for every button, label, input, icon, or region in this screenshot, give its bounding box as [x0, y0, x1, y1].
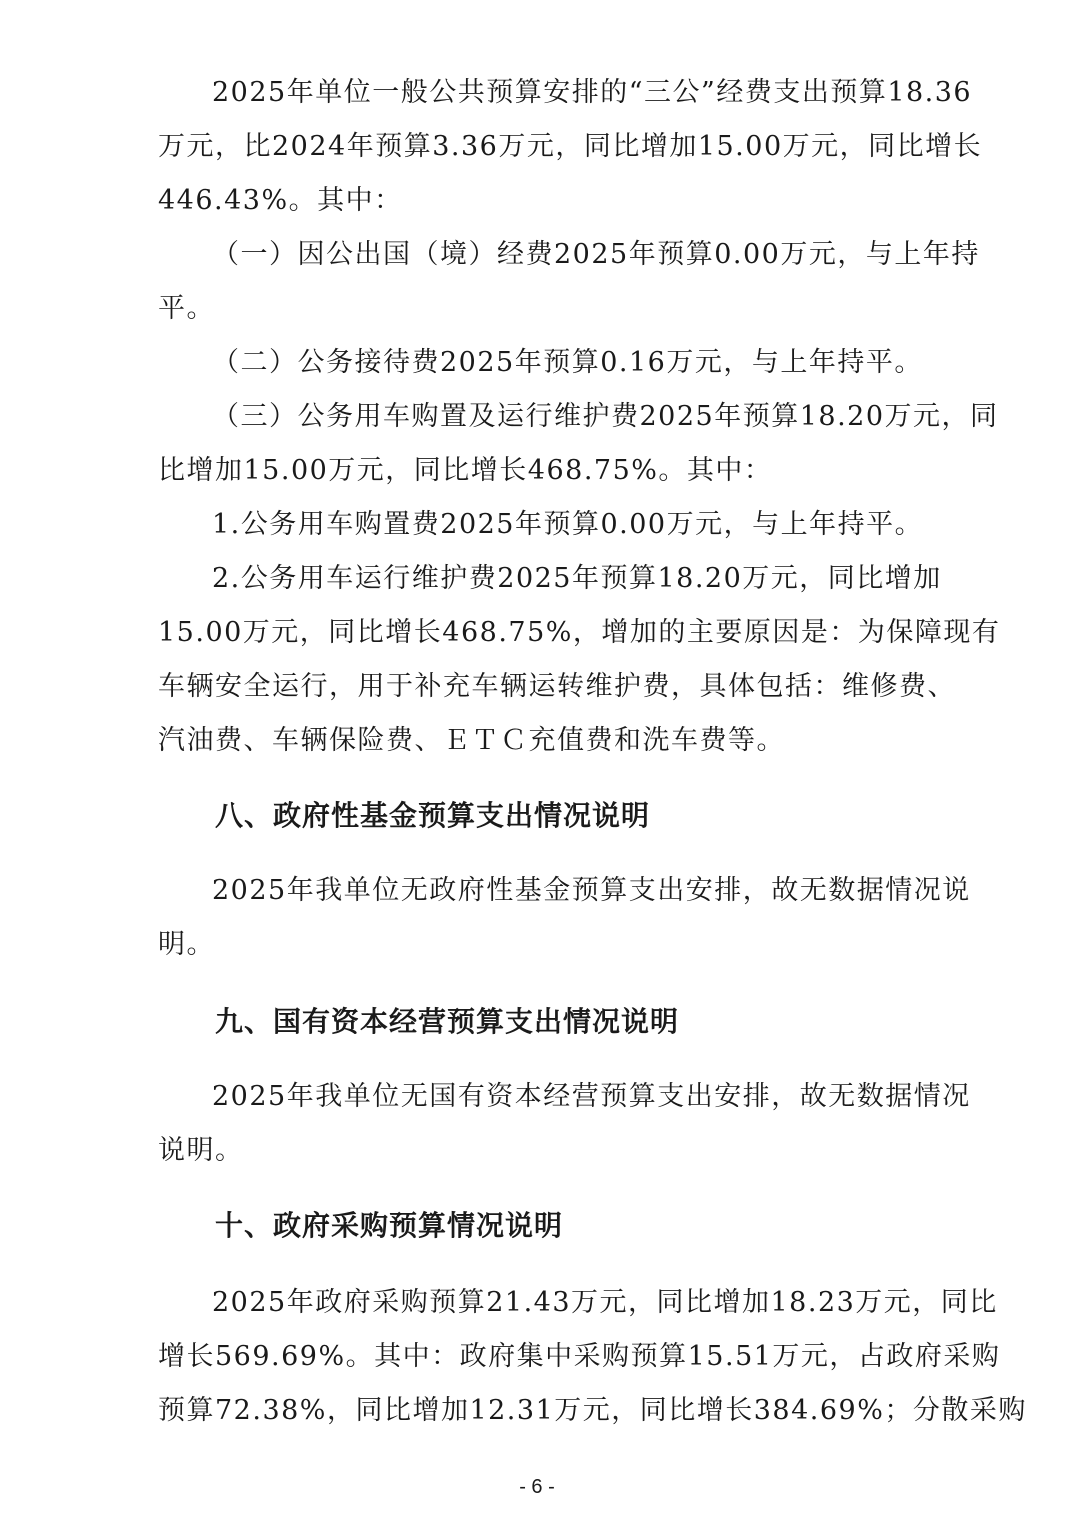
paragraph-line: 汽油费、车辆保险费、ＥＴＣ充值费和洗车费等。: [158, 724, 930, 758]
paragraph-line: （二）公务接待费2025年预算0.16万元，与上年持平。: [212, 346, 984, 380]
section-heading: 九、国有资本经营预算支出情况说明: [215, 1004, 679, 1040]
section-heading: 十、政府采购预算情况说明: [215, 1208, 563, 1244]
paragraph-line: （三）公务用车购置及运行维护费2025年预算18.20万元，同: [212, 400, 984, 434]
document-page: 2025年单位一般公共预算安排的“三公”经费支出预算18.36 万元，比2024…: [0, 0, 1074, 1520]
paragraph-line: 2025年我单位无国有资本经营预算支出安排，故无数据情况: [212, 1080, 984, 1114]
paragraph-line: 2.公务用车运行维护费2025年预算18.20万元，同比增加: [212, 562, 984, 596]
section-heading: 八、政府性基金预算支出情况说明: [215, 798, 650, 834]
paragraph-line: 15.00万元，同比增长468.75%，增加的主要原因是：为保障现有: [158, 616, 930, 650]
paragraph-line: 2025年单位一般公共预算安排的“三公”经费支出预算18.36: [212, 76, 984, 110]
paragraph-line: 万元，比2024年预算3.36万元，同比增加15.00万元，同比增长: [158, 130, 930, 164]
paragraph-line: 说明。: [158, 1134, 930, 1168]
paragraph-line: 明。: [158, 928, 930, 962]
page-number: - 6 -: [0, 1476, 1074, 1499]
paragraph-line: 2025年我单位无政府性基金预算支出安排，故无数据情况说: [212, 874, 984, 908]
paragraph-line: 车辆安全运行，用于补充车辆运转维护费，具体包括：维修费、: [158, 670, 930, 704]
paragraph-line: 1.公务用车购置费2025年预算0.00万元，与上年持平。: [212, 508, 984, 542]
paragraph-line: 比增加15.00万元，同比增长468.75%。其中：: [158, 454, 930, 488]
paragraph-line: 平。: [158, 292, 930, 326]
paragraph-line: 446.43%。其中：: [158, 184, 930, 218]
paragraph-line: 2025年政府采购预算21.43万元，同比增加18.23万元，同比: [212, 1286, 984, 1320]
paragraph-line: （一）因公出国（境）经费2025年预算0.00万元，与上年持: [212, 238, 984, 272]
paragraph-line: 增长569.69%。其中：政府集中采购预算15.51万元，占政府采购: [158, 1340, 930, 1374]
paragraph-line: 预算72.38%，同比增加12.31万元，同比增长384.69%；分散采购: [158, 1394, 930, 1428]
